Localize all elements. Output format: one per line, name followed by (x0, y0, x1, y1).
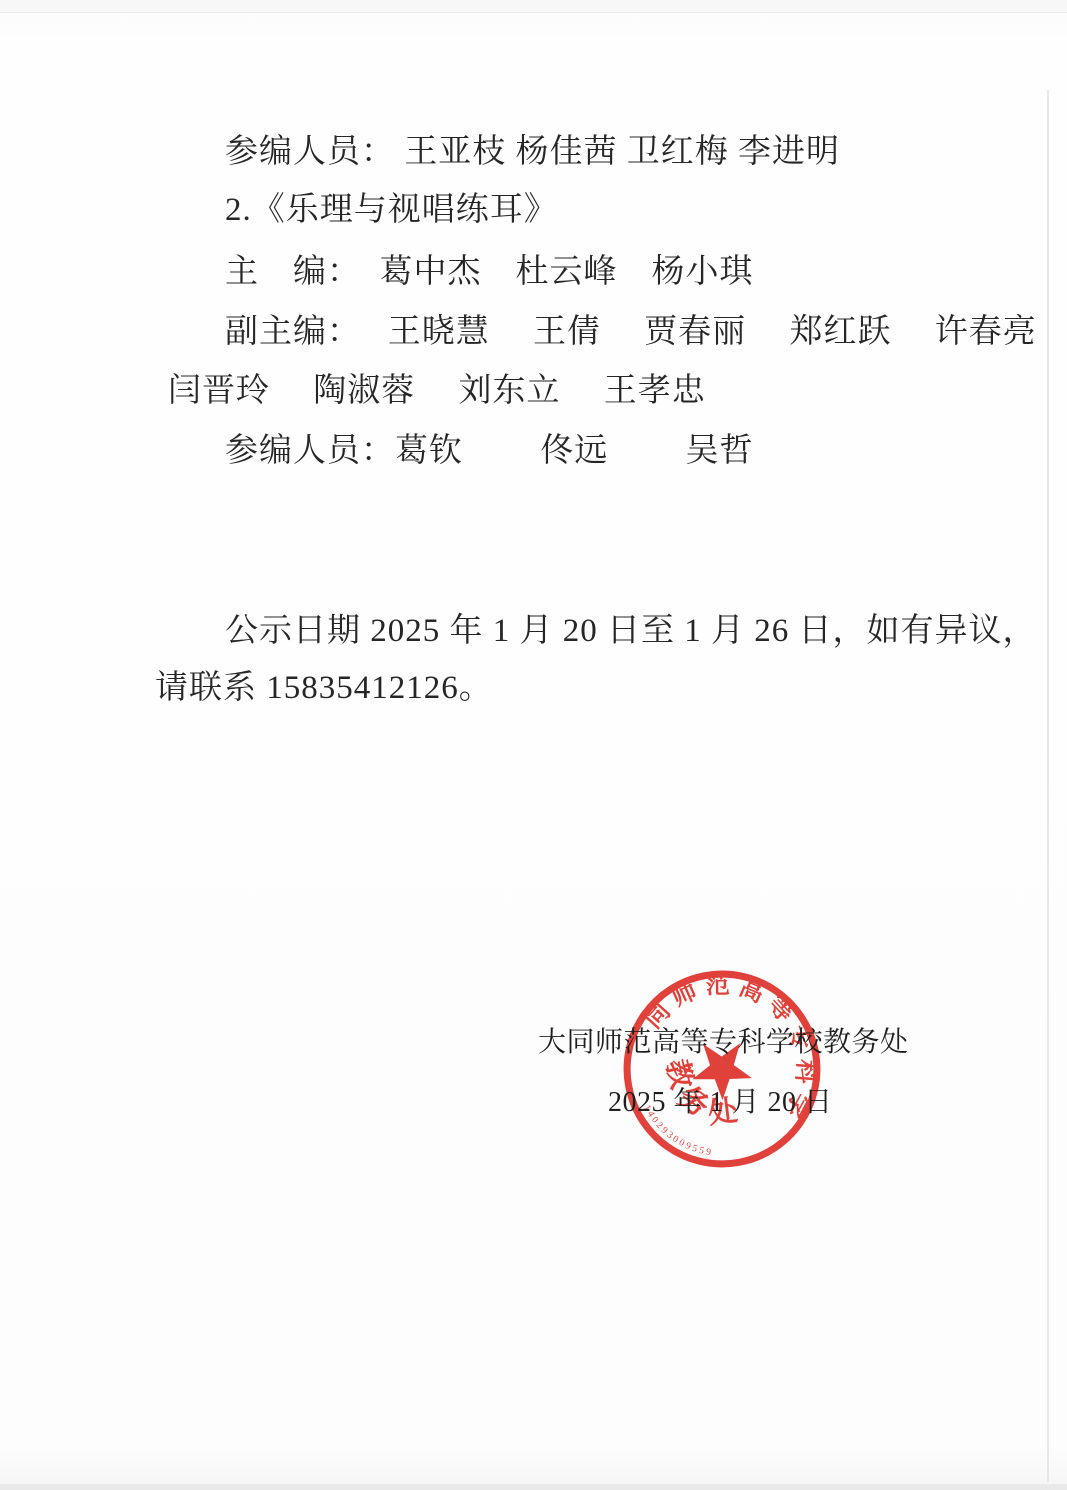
body-line-coeditors-2: 参编人员：葛钦 佟远 吴哲 (225, 433, 754, 469)
body-line-coeditors-1: 参编人员： 王亚枝 杨佳茜 卫红梅 李进明 (225, 134, 840, 170)
official-seal: 大同师范高等专科学校 教务处 140293009559 (616, 963, 828, 1175)
body-line-chief-editor: 主 编： 葛中杰 杜云峰 杨小琪 (225, 254, 754, 290)
signature-organization: 大同师范高等专科学校教务处 (538, 1028, 909, 1059)
body-line-publicity-period: 公示日期 2025 年 1 月 20 日至 1 月 26 日，如有异议， (225, 613, 1037, 649)
signature-date: 2025 年 1 月 20 日 (608, 1088, 833, 1119)
body-line-book-title: 2.《乐理与视唱练耳》 (225, 192, 558, 228)
page-edge-bottom (0, 1484, 1067, 1490)
body-line-deputy-editors-cont: 闫晋玲 陶淑蓉 刘东立 王孝忠 (168, 373, 706, 409)
seal-rotated-group: 大同师范高等专科学校 教务处 140293009559 (616, 963, 828, 1175)
body-line-deputy-editors: 副主编： 王晓慧 王倩 贾春丽 郑红跃 许春亮 (225, 314, 1037, 350)
page-edge-right (1047, 90, 1049, 1482)
document-page: 参编人员： 王亚枝 杨佳茜 卫红梅 李进明 2.《乐理与视唱练耳》 主 编： 葛… (0, 0, 1067, 1490)
page-edge-top (0, 0, 1067, 13)
body-line-contact-phone: 请联系 15835412126。 (155, 670, 493, 706)
